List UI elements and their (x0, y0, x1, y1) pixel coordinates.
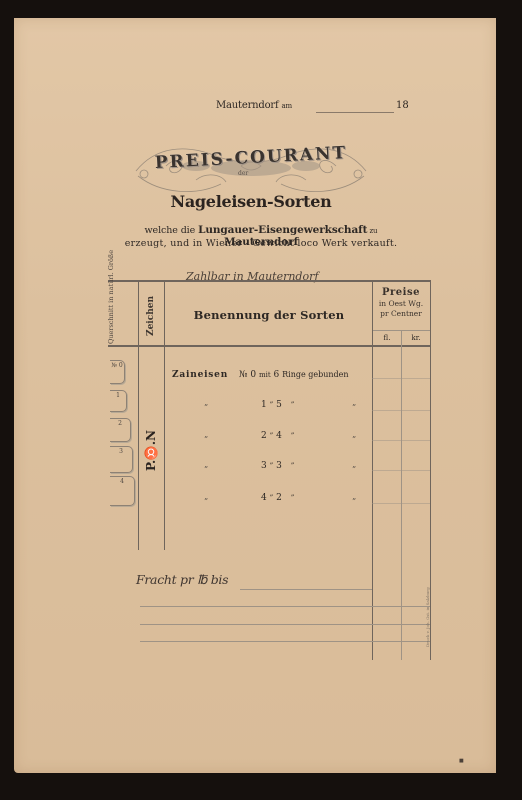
col-divider-2 (164, 282, 165, 550)
ditto-mark: ” (270, 401, 274, 409)
sort-number: 4 (261, 493, 267, 503)
archive-mark: ■ (459, 758, 464, 764)
place-line: Mauterndorfam (216, 100, 292, 111)
header-florin: fl. (374, 334, 400, 342)
freight-blank-line (140, 606, 430, 607)
table-row: 2 ” 4 ” (261, 431, 294, 441)
sort-name: Zaineisen (172, 370, 228, 380)
price-currency: in Oest Wg. (372, 299, 430, 308)
ditto-mark: ” (352, 403, 356, 412)
ditto-mark: ” (352, 435, 356, 444)
description-line-2: erzeugt, und in Wiener - Gewicht loco We… (116, 238, 406, 249)
ditto-mark: ” (270, 432, 274, 440)
description-zu: zu (367, 227, 377, 235)
size-box-0: № 0 (110, 360, 125, 384)
sort-number: 3 (261, 461, 267, 471)
size-box-4: 4 (110, 476, 135, 506)
header-cross-section: Querschnitt in natürl. Größe (107, 288, 133, 344)
price-row-rule (372, 410, 430, 411)
ditto-mark: ” (204, 435, 208, 444)
document-sheet (14, 18, 496, 773)
ditto-mark: ” (204, 497, 208, 506)
table-row: Zaineisen № 0 mit 6 Ringe gebunden (172, 370, 349, 380)
ditto-mark: ” (291, 432, 295, 440)
price-row-rule (372, 470, 430, 471)
ditto-mark: ” (352, 465, 356, 474)
size-box-2: 2 (110, 418, 131, 442)
header-sort-name: Benennung der Sorten (166, 308, 372, 322)
freight-blank-line (140, 624, 430, 625)
header-mark: Zeichen (140, 286, 162, 346)
freight-label: Fracht pr ℔ bis (136, 572, 228, 587)
title-connector: der (238, 170, 248, 177)
col-divider-price-left (372, 282, 373, 660)
sort-number: 2 (261, 431, 267, 441)
table-row: 3 ” 3 ” (261, 461, 294, 471)
table-row: 4 ” 2 ” (261, 493, 294, 503)
title-subtitle: Nageleisen-Sorten (126, 192, 376, 211)
place-name: Mauterndorf (216, 100, 279, 111)
ditto-mark: ” (270, 494, 274, 502)
ring-count: 3 (276, 461, 282, 471)
price-row-rule (372, 503, 430, 504)
ditto-mark: ” (291, 494, 295, 502)
ditto-mark: ” (291, 462, 295, 470)
place-suffix: am (282, 102, 292, 110)
mark-symbol: P.♉.N (141, 420, 161, 480)
ring-count: 2 (276, 493, 282, 503)
freight-blank-line (140, 641, 430, 642)
rings-bound-label: Ringe gebunden (282, 370, 348, 379)
ditto-mark: ” (291, 401, 295, 409)
ring-count: 6 (274, 370, 280, 380)
price-title: Preise (372, 287, 430, 298)
year-prefix: 18 (396, 100, 409, 111)
ditto-mark: ” (204, 403, 208, 412)
table-top-rule (108, 280, 431, 282)
ditto-mark: ” (270, 462, 274, 470)
ditto-mark: ” (352, 497, 356, 506)
price-row-rule (372, 378, 430, 379)
company-name: Lungauer-Eisengewerkschaft (198, 224, 367, 236)
header-kreuzer: kr. (402, 334, 430, 342)
col-divider-1 (138, 282, 139, 550)
ring-count: 4 (276, 431, 282, 441)
price-row-rule (372, 440, 430, 441)
with-label: mit (259, 371, 271, 379)
size-box-1: 1 (110, 390, 127, 412)
header-prices: Preise in Oest Wg. pr Centner (372, 287, 430, 318)
sort-number: 1 (261, 400, 267, 410)
col-divider-fl-kr (401, 330, 402, 660)
price-unit: pr Centner (372, 309, 430, 318)
number-prefix: № (239, 370, 248, 380)
sort-number: 0 (250, 370, 256, 380)
date-blank-line (316, 112, 394, 113)
size-box-3: 3 (110, 446, 133, 473)
table-row: 1 ” 5 ” (261, 400, 294, 410)
ditto-mark: ” (204, 465, 208, 474)
ring-count: 5 (276, 400, 282, 410)
description-prefix: welche die (145, 225, 199, 236)
freight-blank-line (240, 589, 372, 590)
printer-imprint: Druck v. Joh. Gst. in Salzburg (424, 580, 432, 654)
